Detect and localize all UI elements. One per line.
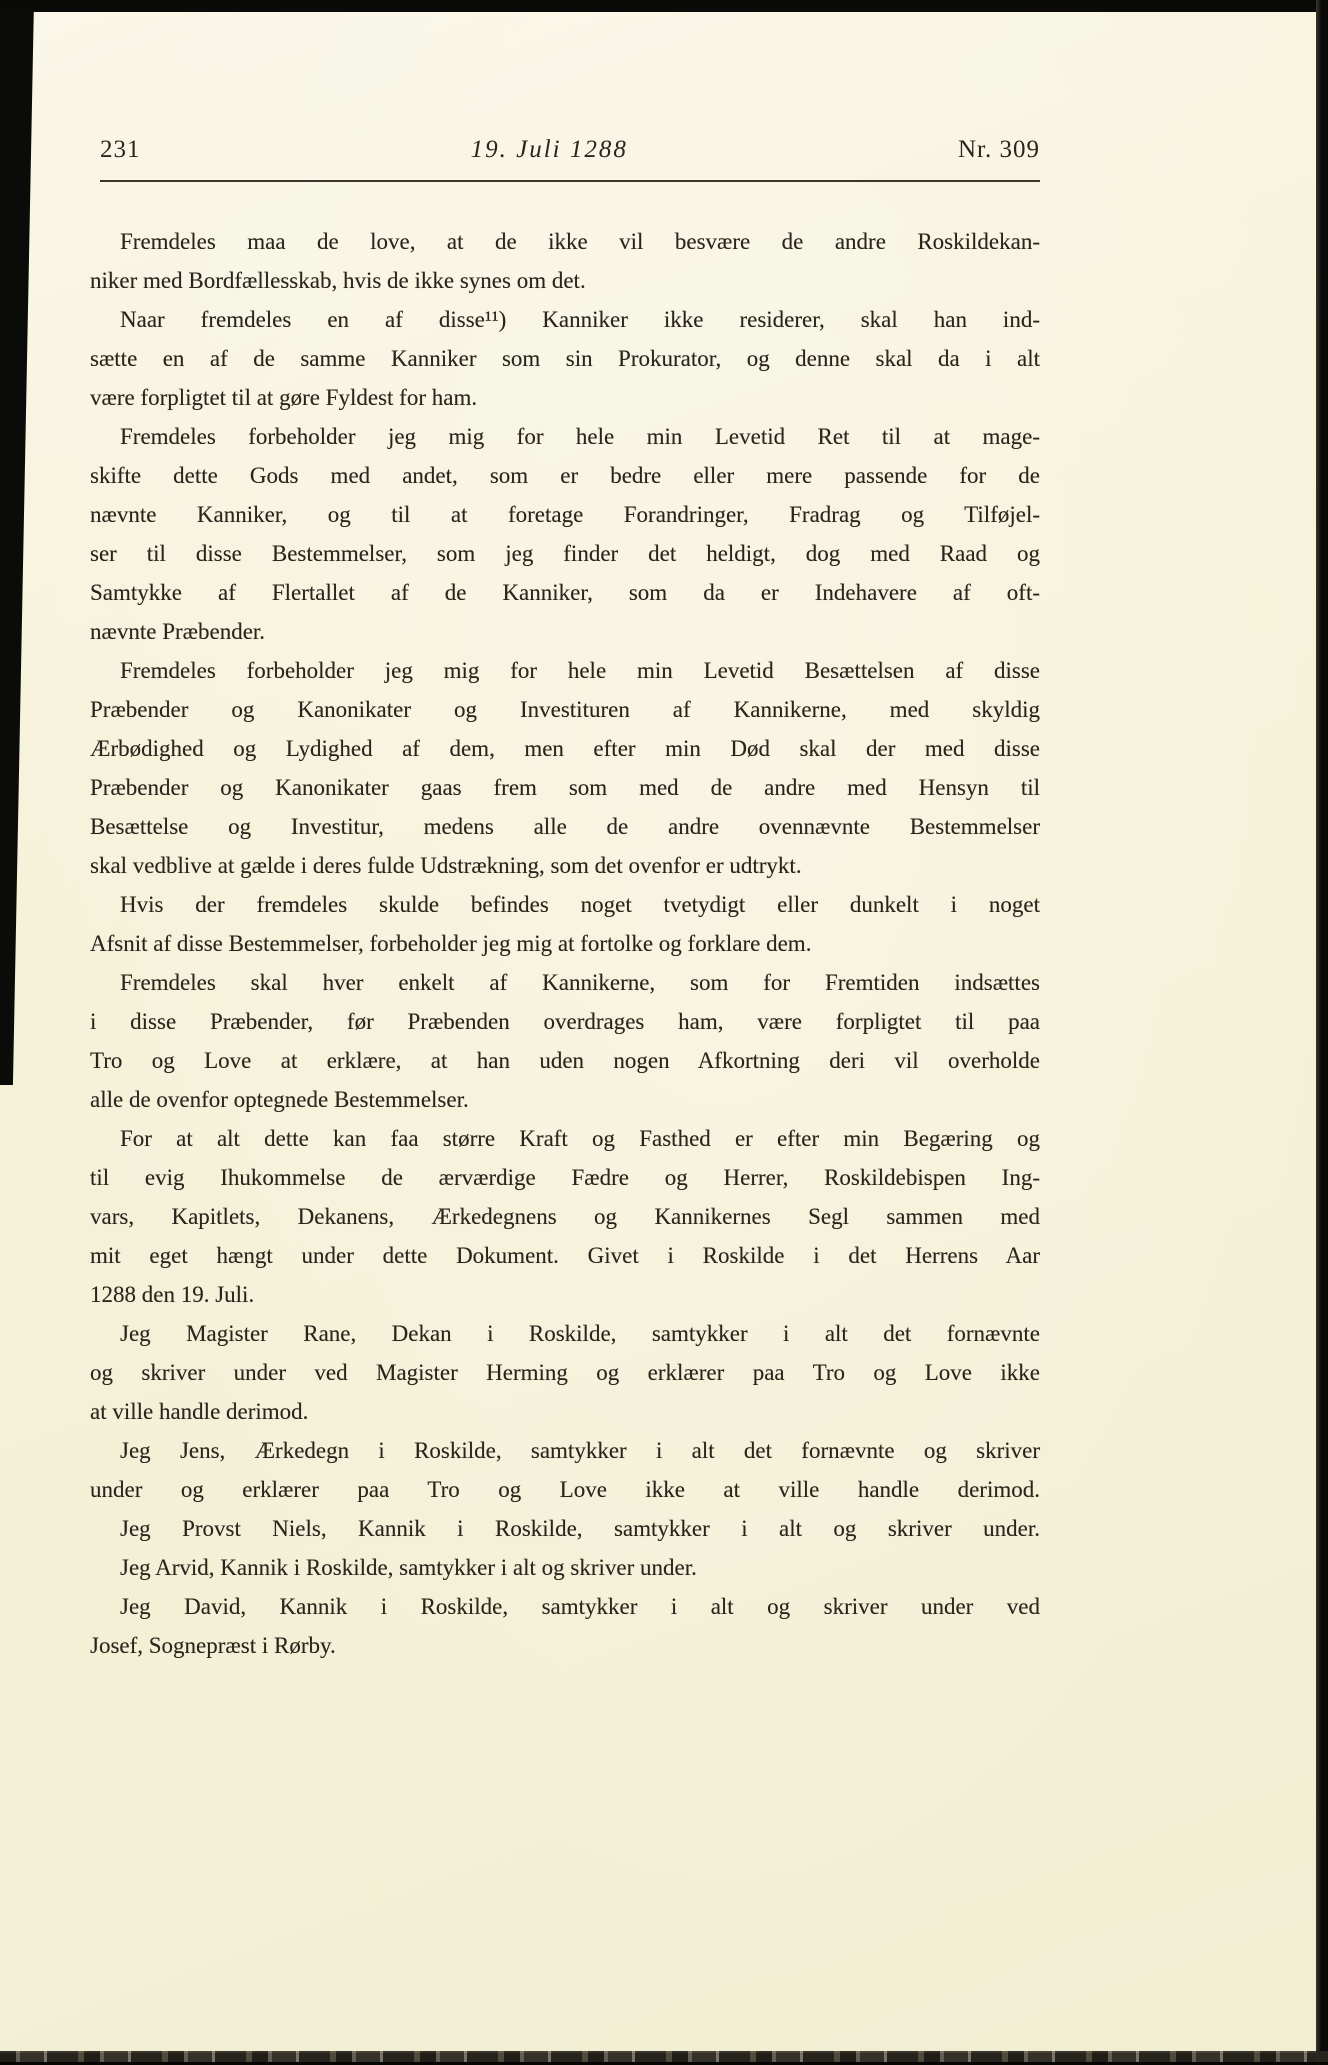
paragraph: Jeg Provst Niels, Kannik i Roskilde, sam…	[90, 1509, 1040, 1548]
text-line: 1288 den 19. Juli.	[90, 1275, 1040, 1314]
text-line: skal vedblive at gælde i deres fulde Uds…	[90, 846, 1040, 885]
text-line: ser til disse Bestemmelser, som jeg find…	[90, 534, 1040, 573]
header-date: 19. Juli 1288	[471, 136, 628, 164]
text-line: skifte dette Gods med andet, som er bedr…	[90, 456, 1040, 495]
text-line: Fremdeles maa de love, at de ikke vil be…	[90, 222, 1040, 261]
paragraph: Fremdeles forbeholder jeg mig for hele m…	[90, 651, 1040, 885]
text-line: Jeg Magister Rane, Dekan i Roskilde, sam…	[90, 1314, 1040, 1353]
text-line: Naar fremdeles en af disse¹¹) Kanniker i…	[90, 300, 1040, 339]
scan-border-top	[0, 0, 1328, 12]
scan-border-right	[1316, 0, 1328, 2065]
document-number: Nr. 309	[958, 136, 1040, 164]
text-line: alle de ovenfor optegnede Bestemmelser.	[90, 1080, 1040, 1119]
header-rule	[100, 180, 1040, 182]
text-line: Fremdeles forbeholder jeg mig for hele m…	[90, 651, 1040, 690]
scanned-book-page: 231 19. Juli 1288 Nr. 309 Fremdeles maa …	[0, 0, 1328, 2065]
text-line: Fremdeles forbeholder jeg mig for hele m…	[90, 417, 1040, 456]
page-number: 231	[100, 136, 141, 164]
scan-artifact-strip	[0, 2051, 1328, 2065]
text-line: til evig Ihukommelse de ærværdige Fædre …	[90, 1158, 1040, 1197]
text-line: Fremdeles skal hver enkelt af Kannikerne…	[90, 963, 1040, 1002]
page-header: 231 19. Juli 1288 Nr. 309	[100, 136, 1040, 164]
paragraph: Jeg Jens, Ærkedegn i Roskilde, samtykker…	[90, 1431, 1040, 1509]
paragraph: Naar fremdeles en af disse¹¹) Kanniker i…	[90, 300, 1040, 417]
paragraph: For at alt dette kan faa større Kraft og…	[90, 1119, 1040, 1314]
text-block: Fremdeles maa de love, at de ikke vil be…	[90, 222, 1040, 1665]
text-line: være forpligtet til at gøre Fyldest for …	[90, 378, 1040, 417]
text-line: mit eget hængt under dette Dokument. Giv…	[90, 1236, 1040, 1275]
paragraph: Fremdeles skal hver enkelt af Kannikerne…	[90, 963, 1040, 1119]
text-line: Jeg David, Kannik i Roskilde, samtykker …	[90, 1587, 1040, 1626]
text-line: niker med Bordfællesskab, hvis de ikke s…	[90, 261, 1040, 300]
text-line: Præbender og Kanonikater og Investituren…	[90, 690, 1040, 729]
text-line: Afsnit af disse Bestemmelser, forbeholde…	[90, 924, 1040, 963]
text-line: Jeg Arvid, Kannik i Roskilde, samtykker …	[90, 1548, 1040, 1587]
paragraph: Fremdeles maa de love, at de ikke vil be…	[90, 222, 1040, 300]
paragraph: Jeg Magister Rane, Dekan i Roskilde, sam…	[90, 1314, 1040, 1431]
text-line: nævnte Kanniker, og til at foretage Fora…	[90, 495, 1040, 534]
text-line: sætte en af de samme Kanniker som sin Pr…	[90, 339, 1040, 378]
text-line: Josef, Sognepræst i Rørby.	[90, 1626, 1040, 1665]
paragraph: Hvis der fremdeles skulde befindes noget…	[90, 885, 1040, 963]
text-line: Hvis der fremdeles skulde befindes noget…	[90, 885, 1040, 924]
text-line: Tro og Love at erklære, at han uden noge…	[90, 1041, 1040, 1080]
text-line: vars, Kapitlets, Dekanens, Ærkedegnens o…	[90, 1197, 1040, 1236]
text-line: under og erklærer paa Tro og Love ikke a…	[90, 1470, 1040, 1509]
text-line: Jeg Provst Niels, Kannik i Roskilde, sam…	[90, 1509, 1040, 1548]
text-line: Jeg Jens, Ærkedegn i Roskilde, samtykker…	[90, 1431, 1040, 1470]
text-line: nævnte Præbender.	[90, 612, 1040, 651]
text-line: For at alt dette kan faa større Kraft og…	[90, 1119, 1040, 1158]
paragraph: Fremdeles forbeholder jeg mig for hele m…	[90, 417, 1040, 651]
text-line: Ærbødighed og Lydighed af dem, men efter…	[90, 729, 1040, 768]
text-line: Samtykke af Flertallet af de Kanniker, s…	[90, 573, 1040, 612]
text-line: Besættelse og Investitur, medens alle de…	[90, 807, 1040, 846]
text-line: og skriver under ved Magister Herming og…	[90, 1353, 1040, 1392]
text-line: at ville handle derimod.	[90, 1392, 1040, 1431]
text-line: i disse Præbender, før Præbenden overdra…	[90, 1002, 1040, 1041]
paragraph: Jeg David, Kannik i Roskilde, samtykker …	[90, 1587, 1040, 1665]
text-line: Præbender og Kanonikater gaas frem som m…	[90, 768, 1040, 807]
paragraph: Jeg Arvid, Kannik i Roskilde, samtykker …	[90, 1548, 1040, 1587]
